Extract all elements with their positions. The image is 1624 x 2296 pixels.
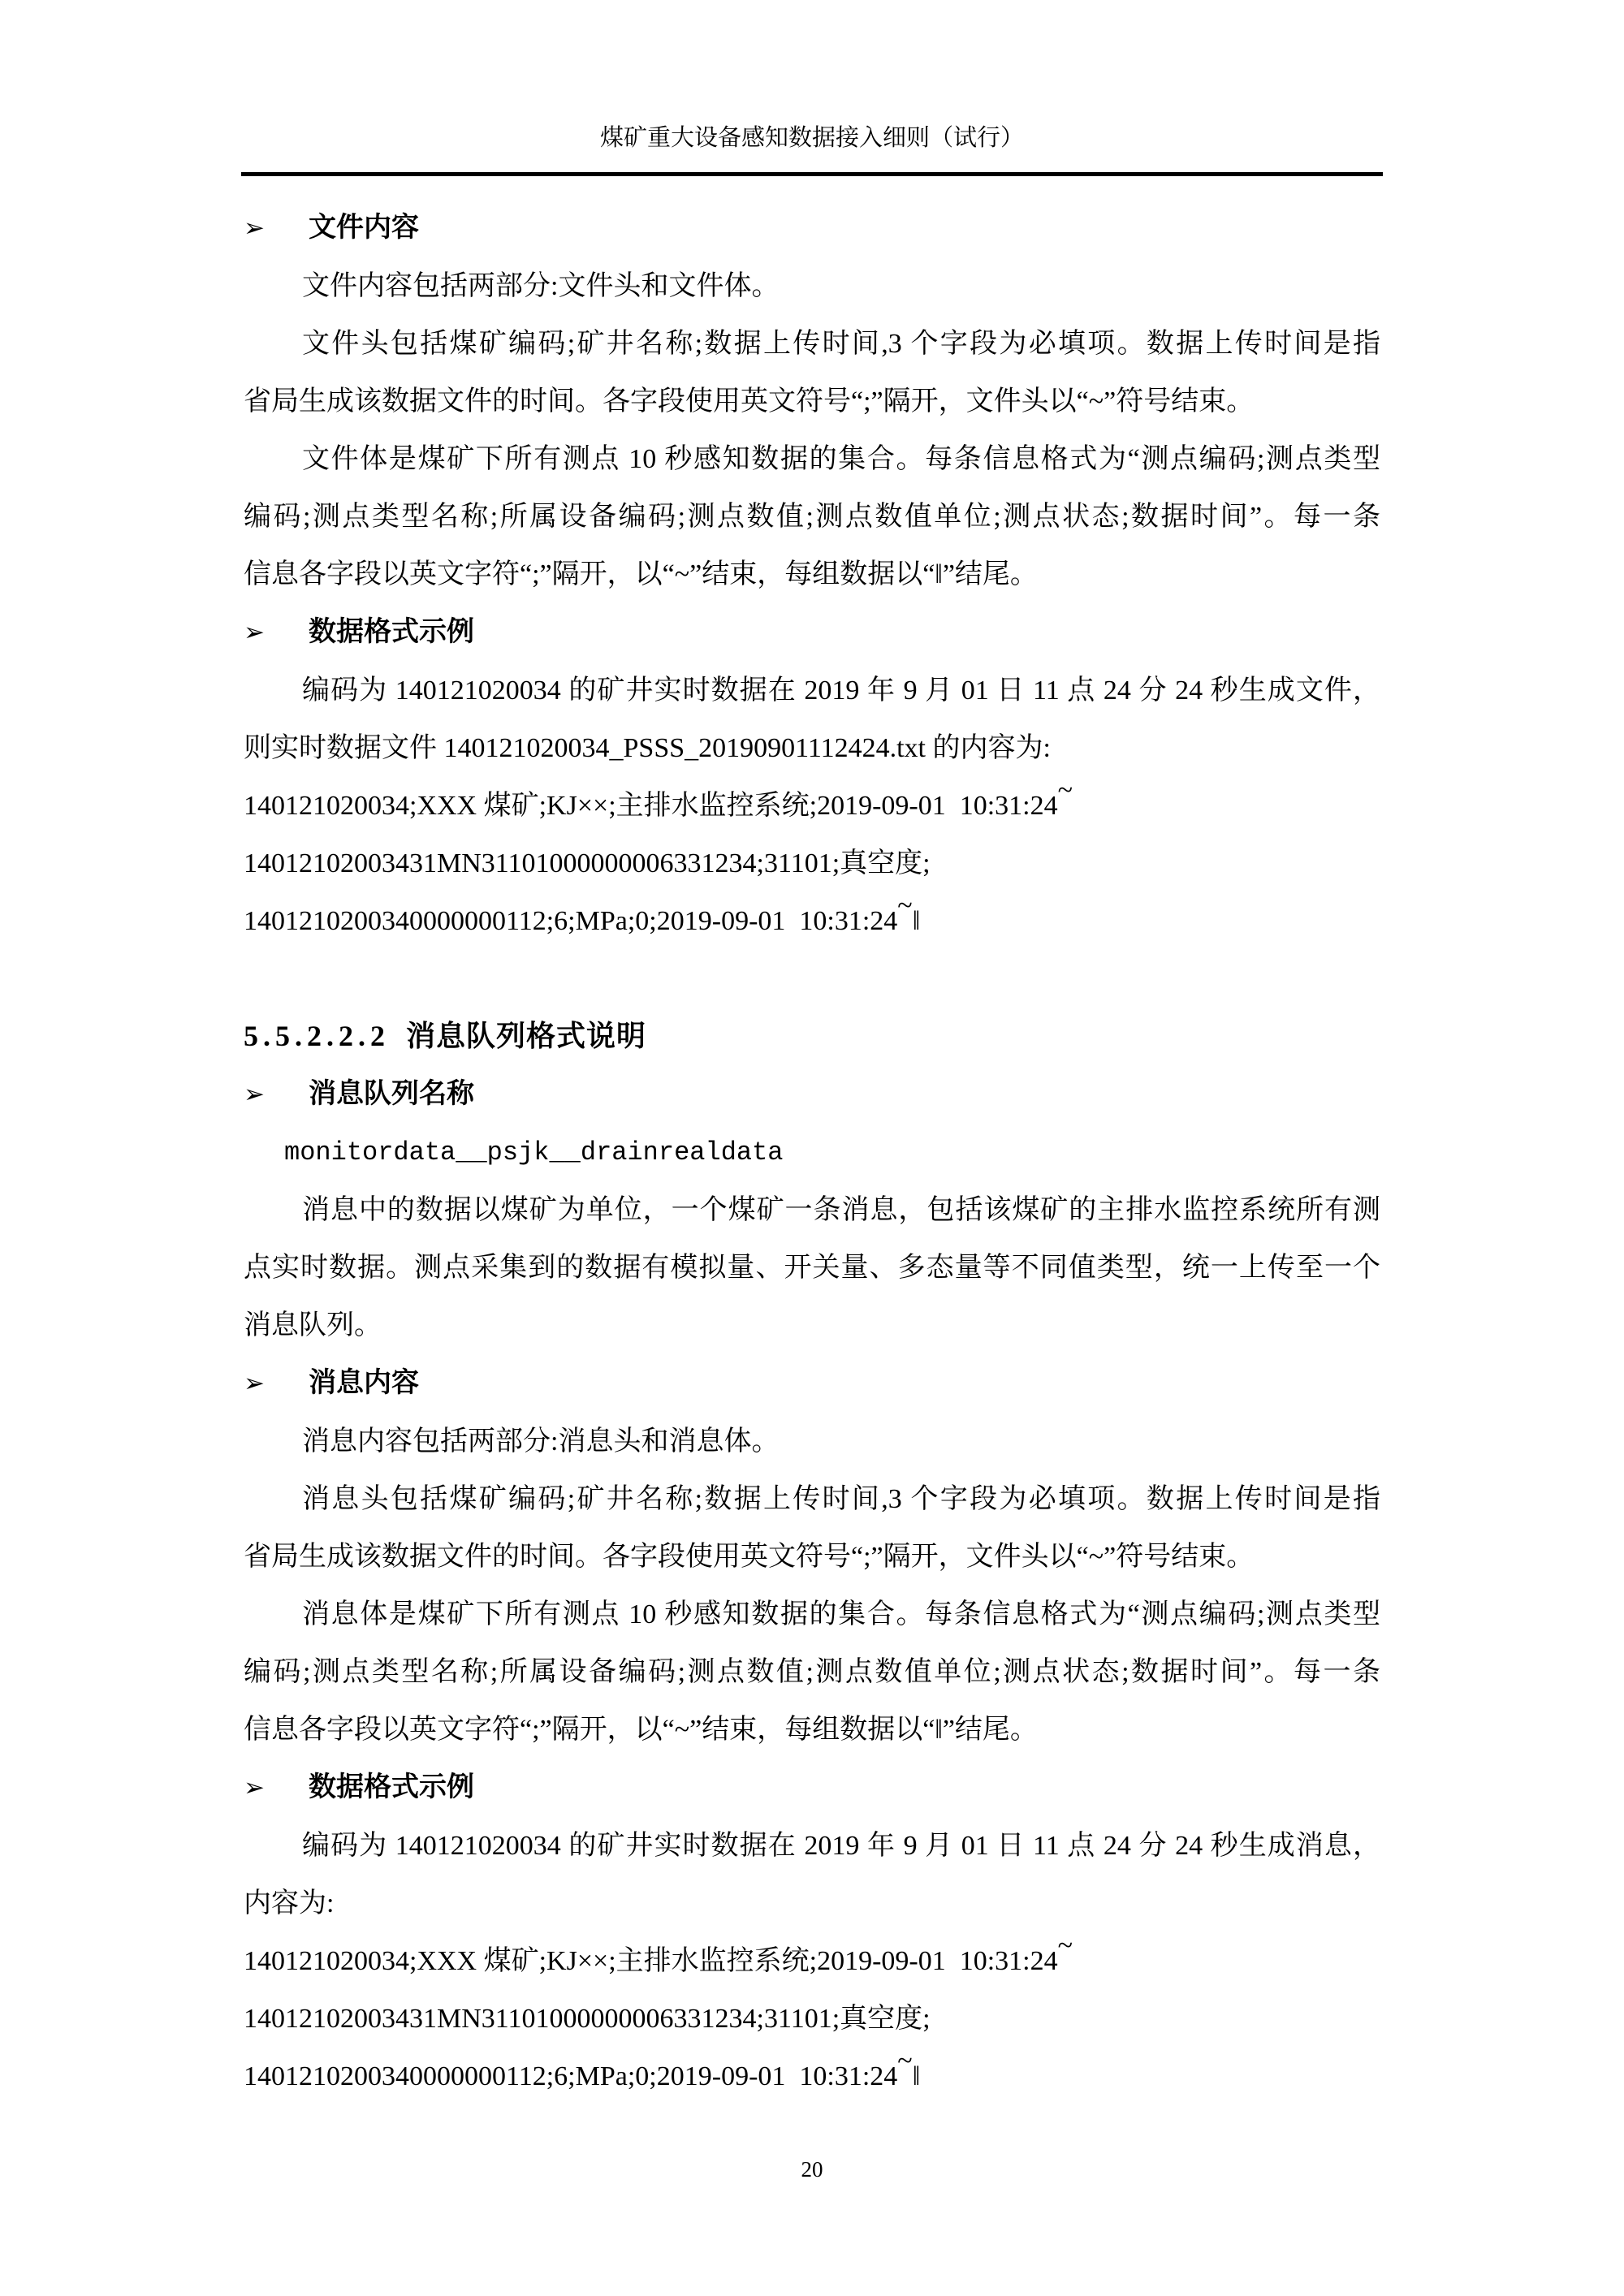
paragraph-line: 消息中的数据以煤矿为单位，一个煤矿一条消息，包括该煤矿的主排水监控系统所有测 (244, 1181, 1380, 1239)
blank-line (244, 950, 1380, 1008)
heading-label: 数据格式示例 (309, 1772, 474, 1802)
paragraph-line: 文件体是煤矿下所有测点 10 秒感知数据的集合。每条信息格式为“测点编码;测点类… (244, 430, 1380, 488)
paragraph-line: 消息体是煤矿下所有测点 10 秒感知数据的集合。每条信息格式为“测点编码;测点类… (244, 1586, 1380, 1643)
section-title: 消息队列格式说明 (406, 1020, 646, 1052)
paragraph-line: 消息头包括煤矿编码;矿井名称;数据上传时间,3 个字段为必填项。数据上传时间是指 (244, 1470, 1380, 1528)
document-body: ➢文件内容文件内容包括两部分:文件头和文件体。文件头包括煤矿编码;矿井名称;数据… (244, 199, 1380, 2105)
paragraph-line: 文件内容包括两部分:文件头和文件体。 (244, 257, 1380, 315)
paragraph-line: 则实时数据文件 140121020034_PSSS_20190901112424… (244, 719, 1380, 777)
section-number: 5.5.2.2.2 (244, 1020, 390, 1052)
bullet-heading: ➢文件内容 (244, 199, 1380, 257)
section-heading: 5.5.2.2.2消息队列格式说明 (244, 1008, 1380, 1065)
arrow-bullet-icon: ➢ (244, 604, 309, 662)
paragraph-line: 编码为 140121020034 的矿井实时数据在 2019 年 9 月 01 … (244, 662, 1380, 719)
bullet-heading: ➢消息队列名称 (244, 1065, 1380, 1124)
paragraph-line: 信息各字段以英文字符“;”隔开，以“~”结束，每组数据以“‖”结尾。 (244, 546, 1380, 603)
data-example-line: 140121020034;XXX 煤矿;KJ××;主排水监控系统;2019-09… (244, 777, 1380, 835)
arrow-bullet-icon: ➢ (244, 1066, 309, 1124)
header-title: 煤矿重大设备感知数据接入细则（试行） (600, 125, 1024, 151)
data-example-line: 14012102003431MN31101000000006331234;311… (244, 835, 1380, 892)
paragraph-line: 文件头包括煤矿编码;矿井名称;数据上传时间,3 个字段为必填项。数据上传时间是指 (244, 315, 1380, 373)
paragraph-line: 消息队列。 (244, 1297, 1380, 1354)
paragraph-line: 省局生成该数据文件的时间。各字段使用英文符号“;”隔开，文件头以“~”符号结束。 (244, 373, 1380, 430)
page-footer: 20 (0, 2153, 1624, 2186)
arrow-bullet-icon: ➢ (244, 200, 309, 257)
data-example-line: 1401210200340000000112;6;MPa;0;2019-09-0… (244, 2048, 1380, 2105)
arrow-bullet-icon: ➢ (244, 1355, 309, 1413)
paragraph-line: 编码;测点类型名称;所属设备编码;测点数值;测点数值单位;测点状态;数据时间”。… (244, 1643, 1380, 1701)
queue-name-line: monitordata__psjk__drainrealdata (244, 1124, 1380, 1181)
paragraph-line: 编码;测点类型名称;所属设备编码;测点数值;测点数值单位;测点状态;数据时间”。… (244, 488, 1380, 546)
bullet-heading: ➢消息内容 (244, 1354, 1380, 1413)
paragraph-line: 编码为 140121020034 的矿井实时数据在 2019 年 9 月 01 … (244, 1817, 1380, 1875)
data-example-line: 1401210200340000000112;6;MPa;0;2019-09-0… (244, 892, 1380, 950)
paragraph-line: 信息各字段以英文字符“;”隔开，以“~”结束，每组数据以“‖”结尾。 (244, 1701, 1380, 1759)
bullet-heading: ➢数据格式示例 (244, 603, 1380, 662)
heading-label: 文件内容 (309, 213, 419, 243)
heading-label: 消息队列名称 (309, 1079, 474, 1109)
paragraph-line: 消息内容包括两部分:消息头和消息体。 (244, 1413, 1380, 1470)
bullet-heading: ➢数据格式示例 (244, 1759, 1380, 1817)
data-example-line: 140121020034;XXX 煤矿;KJ××;主排水监控系统;2019-09… (244, 1932, 1380, 1990)
heading-label: 数据格式示例 (309, 617, 474, 647)
heading-label: 消息内容 (309, 1368, 419, 1398)
page-header: 煤矿重大设备感知数据接入细则（试行） (241, 122, 1383, 176)
paragraph-line: 点实时数据。测点采集到的数据有模拟量、开关量、多态量等不同值类型，统一上传至一个 (244, 1239, 1380, 1297)
paragraph-line: 内容为: (244, 1875, 1380, 1932)
data-example-line: 14012102003431MN31101000000006331234;311… (244, 1990, 1380, 2048)
page-number: 20 (801, 2157, 823, 2182)
arrow-bullet-icon: ➢ (244, 1759, 309, 1817)
paragraph-line: 省局生成该数据文件的时间。各字段使用英文符号“;”隔开，文件头以“~”符号结束。 (244, 1528, 1380, 1586)
document-page: 煤矿重大设备感知数据接入细则（试行） ➢文件内容文件内容包括两部分:文件头和文件… (0, 0, 1624, 2296)
